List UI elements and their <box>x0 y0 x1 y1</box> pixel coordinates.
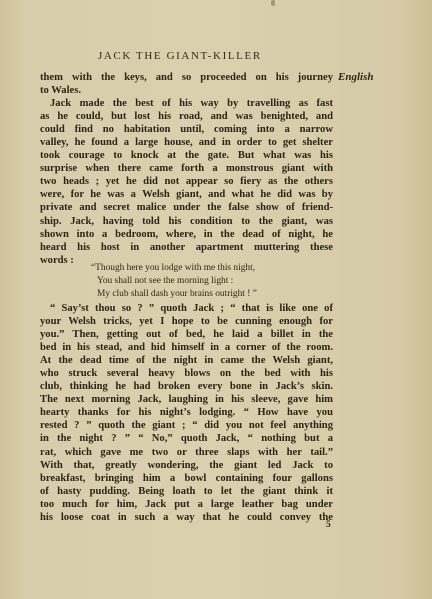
verse-quote: “Though here you lodge with me this nigh… <box>91 262 257 300</box>
book-page: JACK THE GIANT-KILLER English them with … <box>0 0 432 599</box>
text-line: rat, which gave me two or three slaps wi… <box>40 446 333 459</box>
verse-line: You shall not see the morning light : <box>91 275 257 288</box>
text-line: breakfast, bringing him a bowl containin… <box>40 472 333 485</box>
text-line: too much for him, Jack put a large leath… <box>40 498 333 511</box>
margin-note: English <box>338 71 373 83</box>
text-line: your Welsh tricks, yet I hope to be cunn… <box>40 315 333 328</box>
text-line: bed in his stead, and hid himself in a c… <box>40 341 333 354</box>
text-line: heard his host in another apartment mutt… <box>40 241 333 254</box>
text-line: hearty thanks for his night’s lodging. “… <box>40 406 333 419</box>
text-line: them with the keys, and so proceeded on … <box>40 71 333 84</box>
text-line: “ Say’st thou so ? ” quoth Jack ; “ that… <box>40 302 333 315</box>
text-line: you.” Then, getting out of bed, he laid … <box>40 328 333 341</box>
text-line: his loose coat in such a way that he cou… <box>40 511 333 524</box>
body-text-lower: “ Say’st thou so ? ” quoth Jack ; “ that… <box>40 302 333 524</box>
text-line: took courage to knock at the gate. But w… <box>40 149 333 162</box>
text-line: who struck several heavy blows on the be… <box>40 367 333 380</box>
verse-line: My club shall dash your brains outright … <box>91 288 257 301</box>
paragraph-2: Jack made the best of his way by travell… <box>40 97 333 267</box>
text-line: to Wales. <box>40 84 333 97</box>
text-line: Jack made the best of his way by travell… <box>40 97 333 110</box>
text-line: could find no habitation until, coming i… <box>40 123 333 136</box>
text-line: were, for he was a Welsh giant, and what… <box>40 188 333 201</box>
text-line: The next morning Jack, laughing in his s… <box>40 393 333 406</box>
body-text-upper: them with the keys, and so proceeded on … <box>40 71 333 267</box>
text-line: in the night ? ” “ No,” quoth Jack, “ no… <box>40 432 333 445</box>
text-line: surprise when there came forth a monstro… <box>40 162 333 175</box>
paragraph-1: them with the keys, and so proceeded on … <box>40 71 333 97</box>
text-line: shown into a bedroom, where, in the dead… <box>40 228 333 241</box>
running-head: JACK THE GIANT-KILLER <box>98 50 262 62</box>
text-line: as he could, but lost his road, and was … <box>40 110 333 123</box>
text-line: club, thinking he had broken every bone … <box>40 380 333 393</box>
text-line: of hasty pudding. Being loath to let the… <box>40 485 333 498</box>
paper-blemish <box>271 0 275 6</box>
verse-line: “Though here you lodge with me this nigh… <box>91 262 257 275</box>
text-line: valley, he found a large house, and in o… <box>40 136 333 149</box>
text-line: At the dead time of the night in came th… <box>40 354 333 367</box>
text-line: private and secret malice under the fals… <box>40 201 333 214</box>
paragraph-3: “ Say’st thou so ? ” quoth Jack ; “ that… <box>40 302 333 524</box>
text-line: two heads ; yet he did not appear so fie… <box>40 175 333 188</box>
text-line: rested ? ” quoth the giant ; “ did you n… <box>40 419 333 432</box>
page-number: 5 <box>326 520 331 530</box>
text-line: ship. Jack, having told his condition to… <box>40 215 333 228</box>
text-line: With that, greatly wondering, the giant … <box>40 459 333 472</box>
